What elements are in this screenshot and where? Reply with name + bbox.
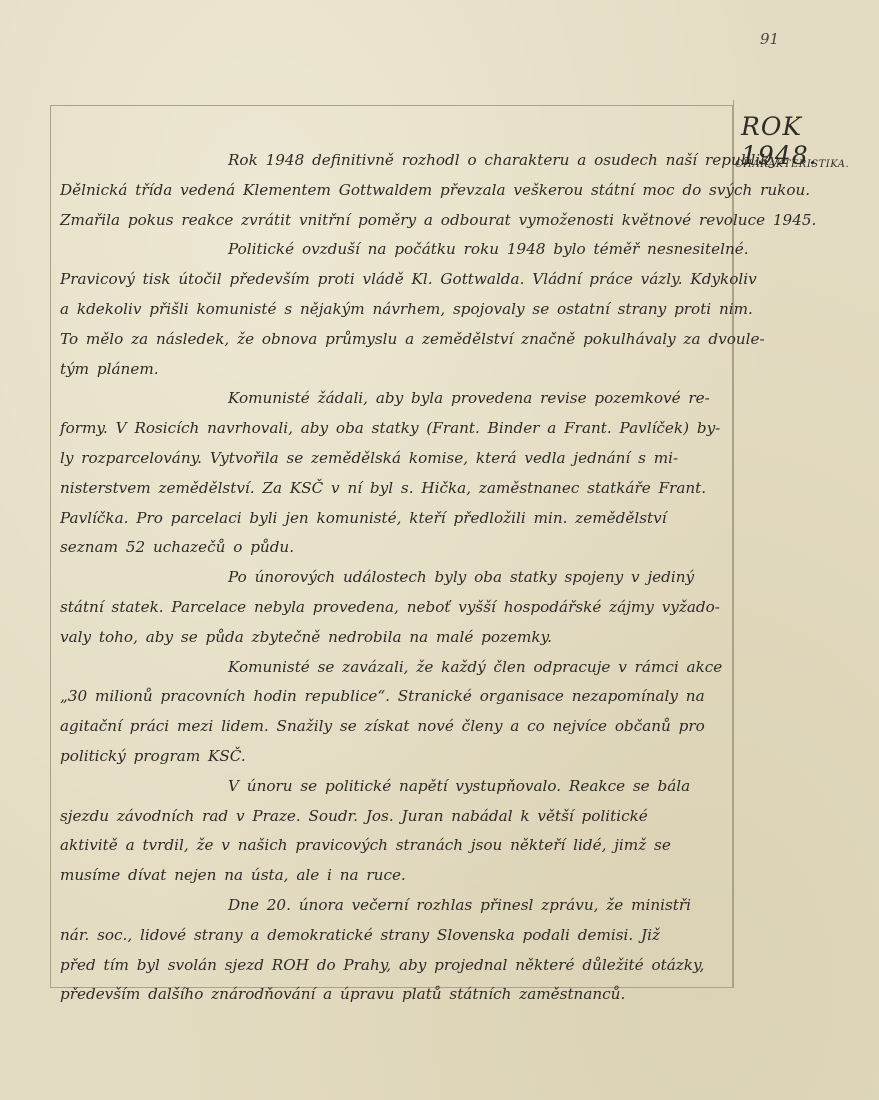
text-line: Politické ovzduší na počátku roku 1948 b… [60, 235, 728, 265]
text-line: státní statek. Parcelace nebyla proveden… [60, 593, 728, 623]
text-line: valy toho, aby se půda zbytečně nedrobil… [60, 623, 728, 653]
text-line: především dalšího znárodňování a úpravu … [60, 980, 728, 1010]
paragraph-7: Dne 20. února večerní rozhlas přinesl zp… [60, 891, 728, 1010]
chronicle-body: Rok 1948 definitivně rozhodl o charakter… [60, 146, 728, 1010]
paragraph-1: Rok 1948 definitivně rozhodl o charakter… [60, 146, 728, 235]
paragraph-3: Komunisté žádali, aby byla provedena rev… [60, 384, 728, 563]
text-line: agitační práci mezi lidem. Snažily se zí… [60, 712, 728, 742]
text-line: tým plánem. [60, 355, 728, 385]
text-line: Dělnická třída vedená Klementem Gottwald… [60, 176, 728, 206]
text-line: Komunisté žádali, aby byla provedena rev… [60, 384, 728, 414]
text-line: Rok 1948 definitivně rozhodl o charakter… [60, 146, 728, 176]
page-number: 91 [760, 30, 779, 48]
text-line: Po únorových událostech byly oba statky … [60, 563, 728, 593]
text-line: Pavlíčka. Pro parcelaci byli jen komunis… [60, 504, 728, 534]
text-line: a kdekoliv přišli komunisté s nějakým ná… [60, 295, 728, 325]
text-line: politický program KSČ. [60, 742, 728, 772]
text-line: seznam 52 uchazečů o půdu. [60, 533, 728, 563]
text-line: nisterstvem zemědělství. Za KSČ v ní byl… [60, 474, 728, 504]
text-line: Zmařila pokus reakce zvrátit vnitřní pom… [60, 206, 728, 236]
text-line: musíme dívat nejen na ústa, ale i na ruc… [60, 861, 728, 891]
text-line: Pravicový tisk útočil především proti vl… [60, 265, 728, 295]
text-line: nár. soc., lidové strany a demokratické … [60, 921, 728, 951]
text-line: sjezdu závodních rad v Praze. Soudr. Jos… [60, 802, 728, 832]
paragraph-2: Politické ovzduší na počátku roku 1948 b… [60, 235, 728, 384]
text-line: aktivitě a tvrdil, že v našich pravicový… [60, 831, 728, 861]
text-line: Dne 20. února večerní rozhlas přinesl zp… [60, 891, 728, 921]
text-line: ly rozparcelovány. Vytvořila se zeměděls… [60, 444, 728, 474]
paragraph-6: V únoru se politické napětí vystupňovalo… [60, 772, 728, 891]
paragraph-4: Po únorových událostech byly oba statky … [60, 563, 728, 652]
margin-rule [733, 100, 734, 988]
text-line: „30 milionů pracovních hodin republice“.… [60, 682, 728, 712]
text-line: Komunisté se zavázali, že každý člen odp… [60, 653, 728, 683]
text-line: V únoru se politické napětí vystupňovalo… [60, 772, 728, 802]
paragraph-5: Komunisté se zavázali, že každý člen odp… [60, 653, 728, 772]
text-line: před tím byl svolán sjezd ROH do Prahy, … [60, 951, 728, 981]
text-line: To mělo za následek, že obnova průmyslu … [60, 325, 728, 355]
text-line: formy. V Rosicích navrhovali, aby oba st… [60, 414, 728, 444]
